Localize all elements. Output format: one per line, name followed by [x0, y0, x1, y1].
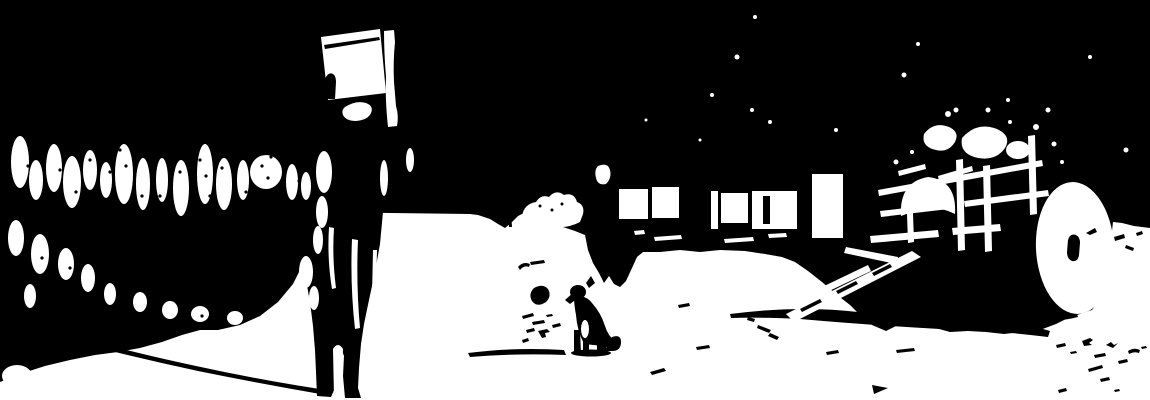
dog-front-leg: [574, 330, 581, 353]
scene-canvas: [0, 0, 1150, 400]
dog-chest-patch: [581, 320, 589, 338]
illustration-figure: [0, 0, 1150, 400]
dog-contact-shadow: [571, 350, 611, 357]
hut-opening-divider: [763, 196, 770, 224]
wheel-hub: [1067, 235, 1080, 262]
village-scene-illustration: [0, 0, 1150, 400]
woman-arm-gap: [316, 151, 332, 193]
